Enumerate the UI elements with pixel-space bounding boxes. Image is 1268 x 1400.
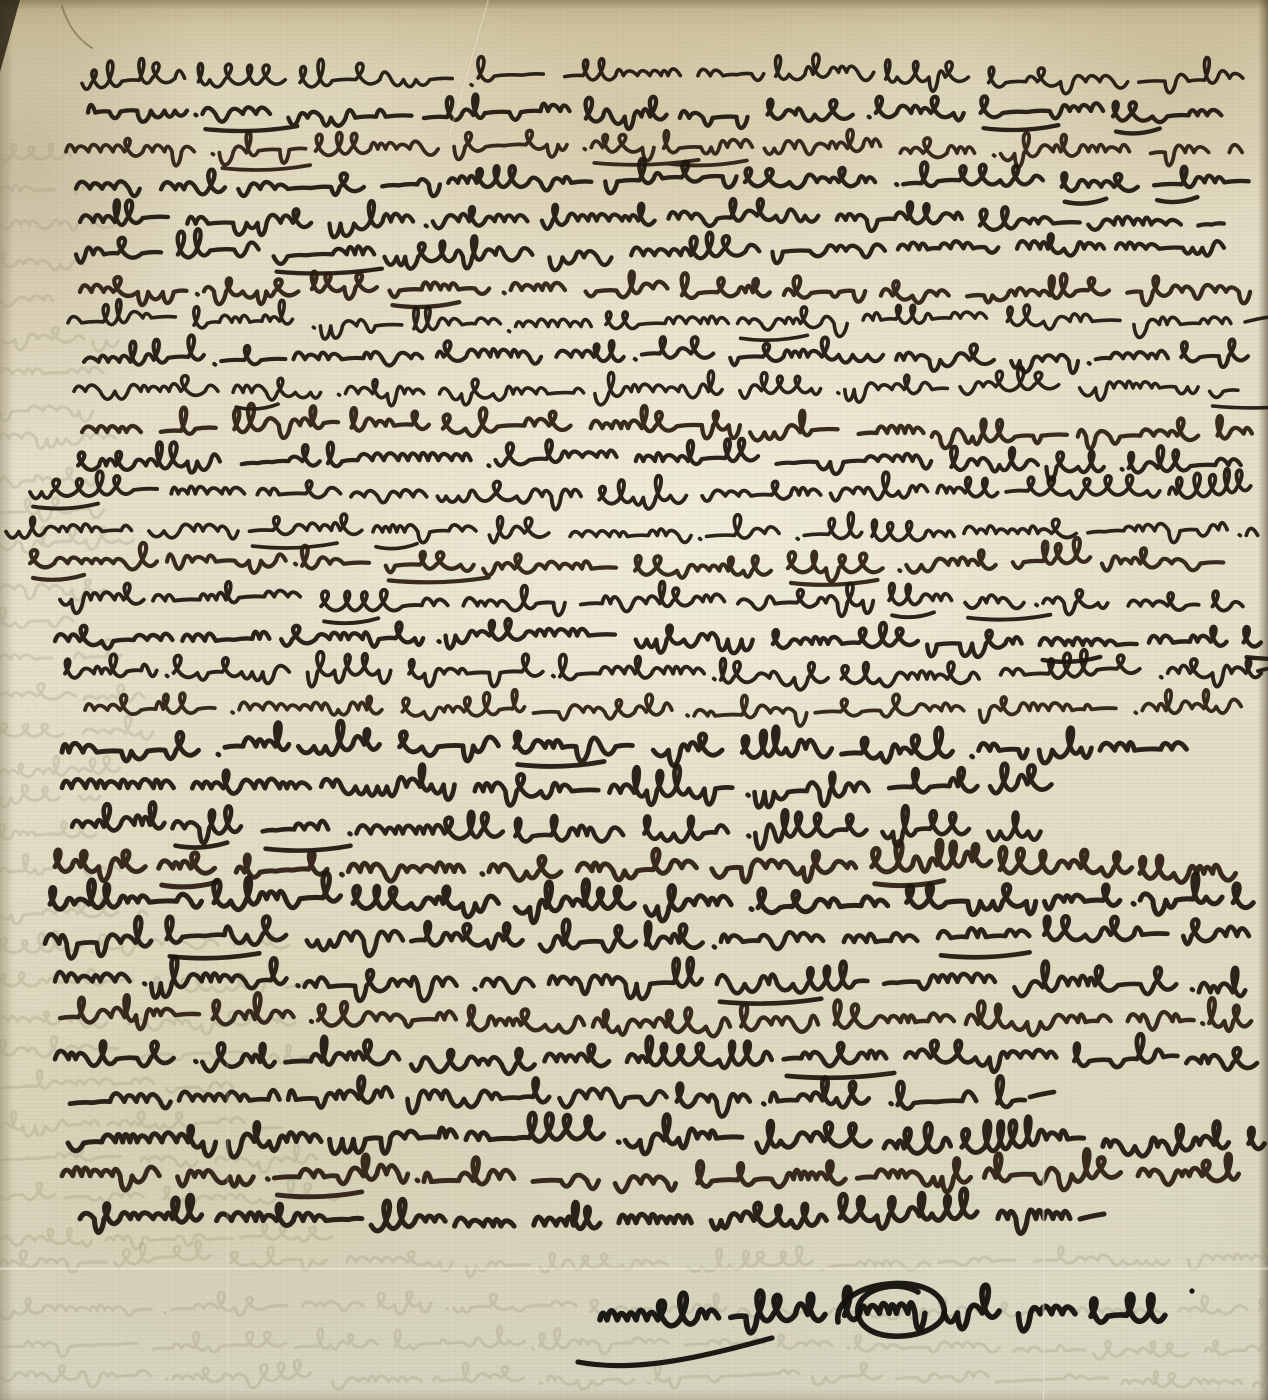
bleedthrough-ghost-line bbox=[0, 253, 84, 270]
bleedthrough-ghost-line bbox=[0, 1224, 332, 1249]
bleedthrough-ghost-line bbox=[0, 433, 116, 448]
bleedthrough-ghost-line bbox=[0, 367, 103, 374]
handwriting-line bbox=[80, 199, 1224, 237]
handwriting-line bbox=[68, 300, 1268, 341]
handwriting-line bbox=[50, 873, 1253, 923]
paper-crease-mark bbox=[62, 6, 92, 48]
handwriting-layer bbox=[0, 0, 1268, 1400]
handwriting-line bbox=[60, 582, 1243, 624]
bleedthrough-ghost-line bbox=[0, 327, 118, 351]
bleedthrough-ghost-line bbox=[0, 1111, 282, 1136]
handwriting-line bbox=[82, 54, 1243, 94]
bleedthrough-ghost-line bbox=[0, 406, 93, 421]
bleedthrough-ghost-line bbox=[0, 1070, 233, 1093]
handwriting-line bbox=[85, 690, 1241, 726]
handwriting-line bbox=[84, 335, 1248, 373]
handwriting-line bbox=[80, 272, 1250, 307]
handwriting-line bbox=[55, 840, 1236, 887]
handwriting-line bbox=[88, 95, 1221, 134]
handwriting-line bbox=[45, 916, 1249, 958]
handwriting-line bbox=[6, 513, 1258, 549]
bleedthrough-ghost-line bbox=[0, 716, 153, 740]
bleedthrough-ghost-line bbox=[0, 1326, 1268, 1359]
handwriting-line bbox=[60, 993, 1251, 1036]
handwriting-line bbox=[30, 469, 1251, 510]
bleedthrough-ghost-line bbox=[0, 295, 53, 306]
bleedthrough-ghost-line bbox=[0, 608, 73, 628]
bleedthrough-ghost-line bbox=[0, 756, 120, 777]
signature-end-dot bbox=[1189, 1288, 1194, 1293]
handwriting-line bbox=[76, 229, 1224, 273]
bleedthrough-ghost-line bbox=[0, 1036, 326, 1063]
manuscript-photo bbox=[0, 0, 1268, 1400]
handwriting-line bbox=[65, 650, 1268, 690]
handwriting-line bbox=[66, 130, 1242, 170]
handwriting-line bbox=[62, 721, 1187, 766]
handwriting-line bbox=[55, 1034, 1257, 1078]
handwriting-line bbox=[62, 764, 1051, 808]
bleedthrough-ghost-line bbox=[0, 1180, 340, 1205]
handwriting-line bbox=[55, 957, 1245, 1004]
handwriting-line bbox=[30, 538, 1223, 585]
bleedthrough-ghost-line bbox=[0, 144, 71, 161]
